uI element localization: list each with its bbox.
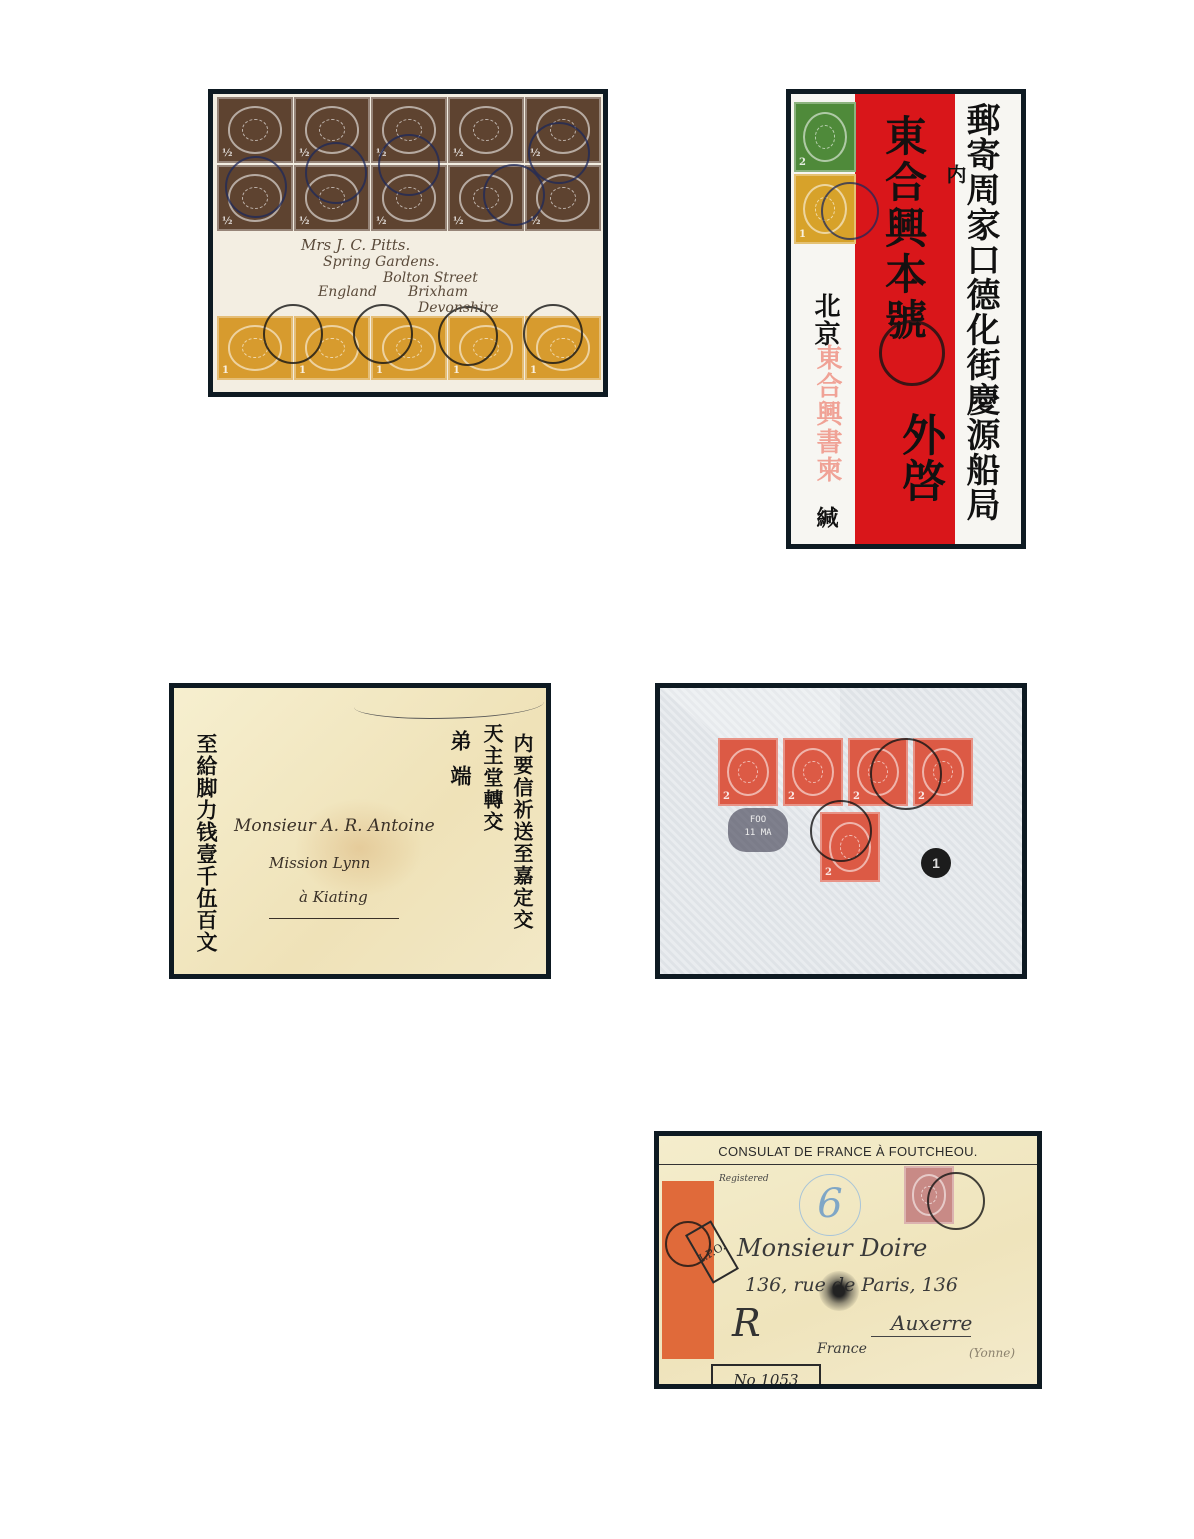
stamp-brown-half-cent: ½ xyxy=(217,97,293,163)
registration-mark-r: R xyxy=(732,1301,761,1345)
address-line-2: Spring Gardens. xyxy=(323,254,439,270)
address-line-6: Devonshire xyxy=(418,300,499,316)
address-line-3: à Kiating xyxy=(299,888,368,906)
left-bottom-text: 緘 xyxy=(811,506,842,530)
stamp-brown-half-cent: ½ xyxy=(448,97,524,163)
address-line-3: Auxerre xyxy=(891,1311,972,1335)
postmark-line-2: 11 MA xyxy=(728,827,788,840)
envelope-paper: CONSULAT DE FRANCE À FOUTCHEOU. Register… xyxy=(659,1136,1037,1384)
stain xyxy=(294,798,424,898)
header-text: CONSULAT DE FRANCE À FOUTCHEOU. xyxy=(659,1144,1037,1159)
address-line-1: Monsieur A. R. Antoine xyxy=(234,816,435,836)
postmark xyxy=(263,304,323,364)
envelope-paper: 2 1 東合興本號 東合興本號 内 外啓 郵寄周家口德化街慶源船局 北京 東合興… xyxy=(791,94,1021,544)
blue-number: 6 xyxy=(799,1174,861,1236)
address-line-1: Mrs J. C. Pitts. xyxy=(301,236,410,254)
postmark xyxy=(225,156,287,218)
address-line-4: France xyxy=(817,1341,867,1357)
left-black-text: 北京 xyxy=(807,292,844,348)
center-character: 本 xyxy=(861,252,951,298)
center-character: 合 xyxy=(861,160,951,206)
address-line-5: (Yonne) xyxy=(969,1346,1015,1360)
cover-consulat-foutcheou: CONSULAT DE FRANCE À FOUTCHEOU. Register… xyxy=(654,1131,1042,1389)
left-red-text: 東合興書柬 xyxy=(809,344,846,484)
stamp-red-2c: 2 xyxy=(718,738,778,806)
foochow-postmark: FOO 11 MA xyxy=(728,808,788,852)
right-chinese-col3: 弟端 xyxy=(450,730,471,800)
postmark-line-1: FOO xyxy=(728,814,788,827)
center-character: 興 xyxy=(861,206,951,252)
chinese-postmark xyxy=(870,738,942,810)
cover-red-band-peking: 2 1 東合興本號 東合興本號 内 外啓 郵寄周家口德化街慶源船局 北京 東合興… xyxy=(786,89,1026,549)
tear-line xyxy=(354,690,544,719)
right-address-text: 郵寄周家口德化街慶源船局 xyxy=(963,102,997,522)
registered-text: Registered xyxy=(719,1174,769,1184)
postmark xyxy=(353,304,413,364)
cover-kiating-catholic: 至給脚力钱壹千伍百文 内要信祈送至嘉定交 天主堂轉交 弟端 Monsieur A… xyxy=(169,683,551,979)
stamp-red-2c: 2 xyxy=(783,738,843,806)
postmark xyxy=(305,142,367,204)
postmark xyxy=(523,304,583,364)
header-rule xyxy=(659,1164,1037,1165)
right-chinese-col2: 天主堂轉交 xyxy=(482,723,502,833)
burn-spot xyxy=(819,1271,859,1311)
address-line-1: Monsieur Doire xyxy=(737,1234,927,1262)
envelope-paper: 22222 FOO 11 MA 1 xyxy=(660,688,1022,974)
transit-postmark xyxy=(810,800,872,862)
underline xyxy=(269,918,399,919)
envelope-paper: 至給脚力钱壹千伍百文 内要信祈送至嘉定交 天主堂轉交 弟端 Monsieur A… xyxy=(174,688,546,974)
center-character: 東 xyxy=(861,114,951,160)
center-bottom-text: 外啓 xyxy=(887,412,951,504)
oval-number-mark: 1 xyxy=(921,848,951,878)
center-addressee: 東合興本號 xyxy=(861,114,951,344)
postmark xyxy=(528,122,590,184)
envelope-paper: ½½½½½½½½½½ 11111 Mrs J. C. Pitts. Spring… xyxy=(213,94,603,392)
foochow-cancel xyxy=(927,1172,985,1230)
stamp-green-2c: 2 xyxy=(794,102,856,172)
registration-number-box: No 1053 xyxy=(711,1364,821,1384)
address-line-4: England xyxy=(318,284,377,300)
cover-hankow-pitts: ½½½½½½½½½½ 11111 Mrs J. C. Pitts. Spring… xyxy=(208,89,608,397)
city-underline xyxy=(871,1336,971,1337)
address-line-5: Brixham xyxy=(408,284,468,300)
cover-foochow-back: 22222 FOO 11 MA 1 xyxy=(655,683,1027,979)
right-chinese-col1: 内要信祈送至嘉定交 xyxy=(512,733,532,931)
postmark xyxy=(378,134,440,196)
seal-chop xyxy=(879,320,945,386)
address-line-2: Mission Lynn xyxy=(269,854,370,872)
left-chinese-text: 至給脚力钱壹千伍百文 xyxy=(196,733,217,953)
